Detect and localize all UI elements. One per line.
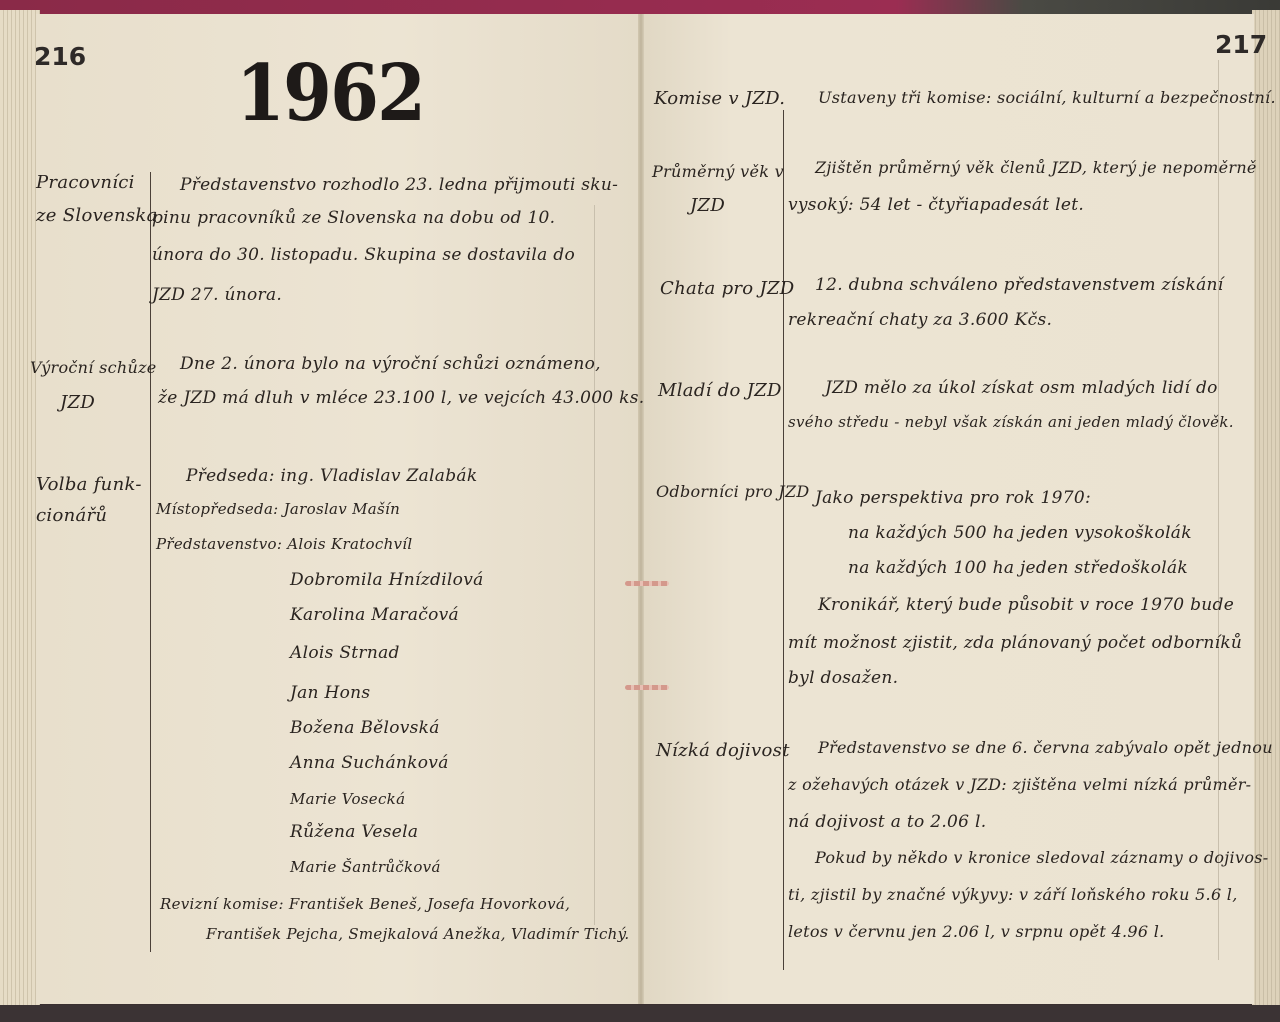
board-member: Jan Hons [290,683,370,703]
entry-line: svého středu - nebyl však získán ani jed… [788,413,1234,431]
margin-title-vyrocni-schuze: Výroční schůze [30,358,157,377]
entry-line: vysoký: 54 let - čtyřiapadesát let. [788,195,1084,215]
book-cover-top [0,0,1280,14]
audit-committee-line: František Pejcha, Smejkalová Anežka, Vla… [206,925,630,943]
margin-title-mladi: Mladí do JZD [658,380,782,401]
board-member: Růžena Vesela [290,822,418,842]
margin-title-chata: Chata pro JZD [660,278,795,299]
margin-title-volba-funkcionaru: cionářů [36,505,107,526]
entry-line: na každých 500 ha jeden vysokoškolák [848,523,1192,543]
entry-line: ti, zjistil by značné výkyvy: v září loň… [788,885,1238,904]
officer-line: Předseda: ing. Vladislav Zalabák [186,466,477,486]
board-member: Marie Vosecká [290,790,405,808]
margin-title-vyrocni-schuze: JZD [60,392,95,413]
margin-title-volba-funkcionaru: Volba funk- [36,474,142,495]
left-right-guide [594,205,595,925]
margin-title-prumerny-vek: Průměrný věk v [652,162,784,181]
year-heading: 1962 [236,48,424,139]
margin-title-pracovnici: Pracovníci [36,172,135,193]
entry-line: z ožehavých otázek v JZD: zjištěna velmi… [788,775,1251,794]
margin-title-nizka-dojivost: Nízká dojivost [656,740,790,761]
right-right-guide [1218,60,1219,960]
entry-line: že JZD má dluh v mléce 23.100 l, ve vejc… [158,388,644,408]
officer-line: Místopředseda: Jaroslav Mašín [156,500,400,518]
board-member: Dobromila Hnízdilová [290,570,484,590]
entry-line: na každých 100 ha jeden středoškolák [848,558,1188,578]
board-member: Marie Šantrůčková [290,858,441,876]
entry-line: 12. dubna schváleno představenstvem získ… [815,275,1224,295]
entry-line: Ustaveny tři komise: sociální, kulturní … [818,88,1276,107]
book-cover-bottom [0,1005,1280,1022]
audit-committee-line: Revizní komise: František Beneš, Josefa … [160,895,570,913]
margin-title-komise: Komise v JZD. [654,88,785,109]
binding-stitch [625,581,669,586]
board-member: Karolina Maračová [290,605,459,625]
officer-line: Představenstvo: Alois Kratochvíl [156,535,413,553]
entry-line: JZD 27. února. [152,285,282,305]
entry-line: Zjištěn průměrný věk členů JZD, který je… [815,158,1257,177]
entry-line: byl dosažen. [788,668,898,688]
binding-stitch [625,685,669,690]
entry-line: ná dojivost a to 2.06 l. [788,812,986,832]
entry-line: letos v červnu jen 2.06 l, v srpnu opět … [788,922,1165,941]
margin-title-prumerny-vek: JZD [690,195,725,216]
entry-line: Kronikář, který bude působit v roce 1970… [818,595,1234,615]
board-member: Anna Suchánková [290,753,449,773]
entry-line: Jako perspektiva pro rok 1970: [815,488,1091,508]
right-margin-rule [783,110,784,970]
page-edges-left [0,10,40,1005]
margin-title-pracovnici: ze Slovenska [36,205,158,226]
board-member: Alois Strnad [290,643,400,663]
book-gutter [638,14,644,1004]
entry-line: rekreační chaty za 3.600 Kčs. [788,310,1052,330]
page-number-left: 216 [34,42,86,71]
entry-line: Dne 2. února bylo na výroční schůzi ozná… [180,354,601,374]
entry-line: Pokud by někdo v kronice sledoval záznam… [815,848,1268,867]
entry-line: mít možnost zjistit, zda plánovaný počet… [788,633,1242,653]
entry-line: JZD mělo za úkol získat osm mladých lidí… [825,378,1218,398]
margin-title-odbornici: Odborníci pro JZD [656,482,810,501]
board-member: Božena Bělovská [290,718,440,738]
entry-line: Představenstvo se dne 6. června zabývalo… [818,738,1273,757]
entry-line: Představenstvo rozhodlo 23. ledna přijmo… [180,175,618,195]
entry-line: pinu pracovníků ze Slovenska na dobu od … [152,208,555,228]
entry-line: února do 30. listopadu. Skupina se dosta… [152,245,575,265]
page-number-right: 217 [1215,30,1267,59]
left-margin-rule [150,172,151,952]
